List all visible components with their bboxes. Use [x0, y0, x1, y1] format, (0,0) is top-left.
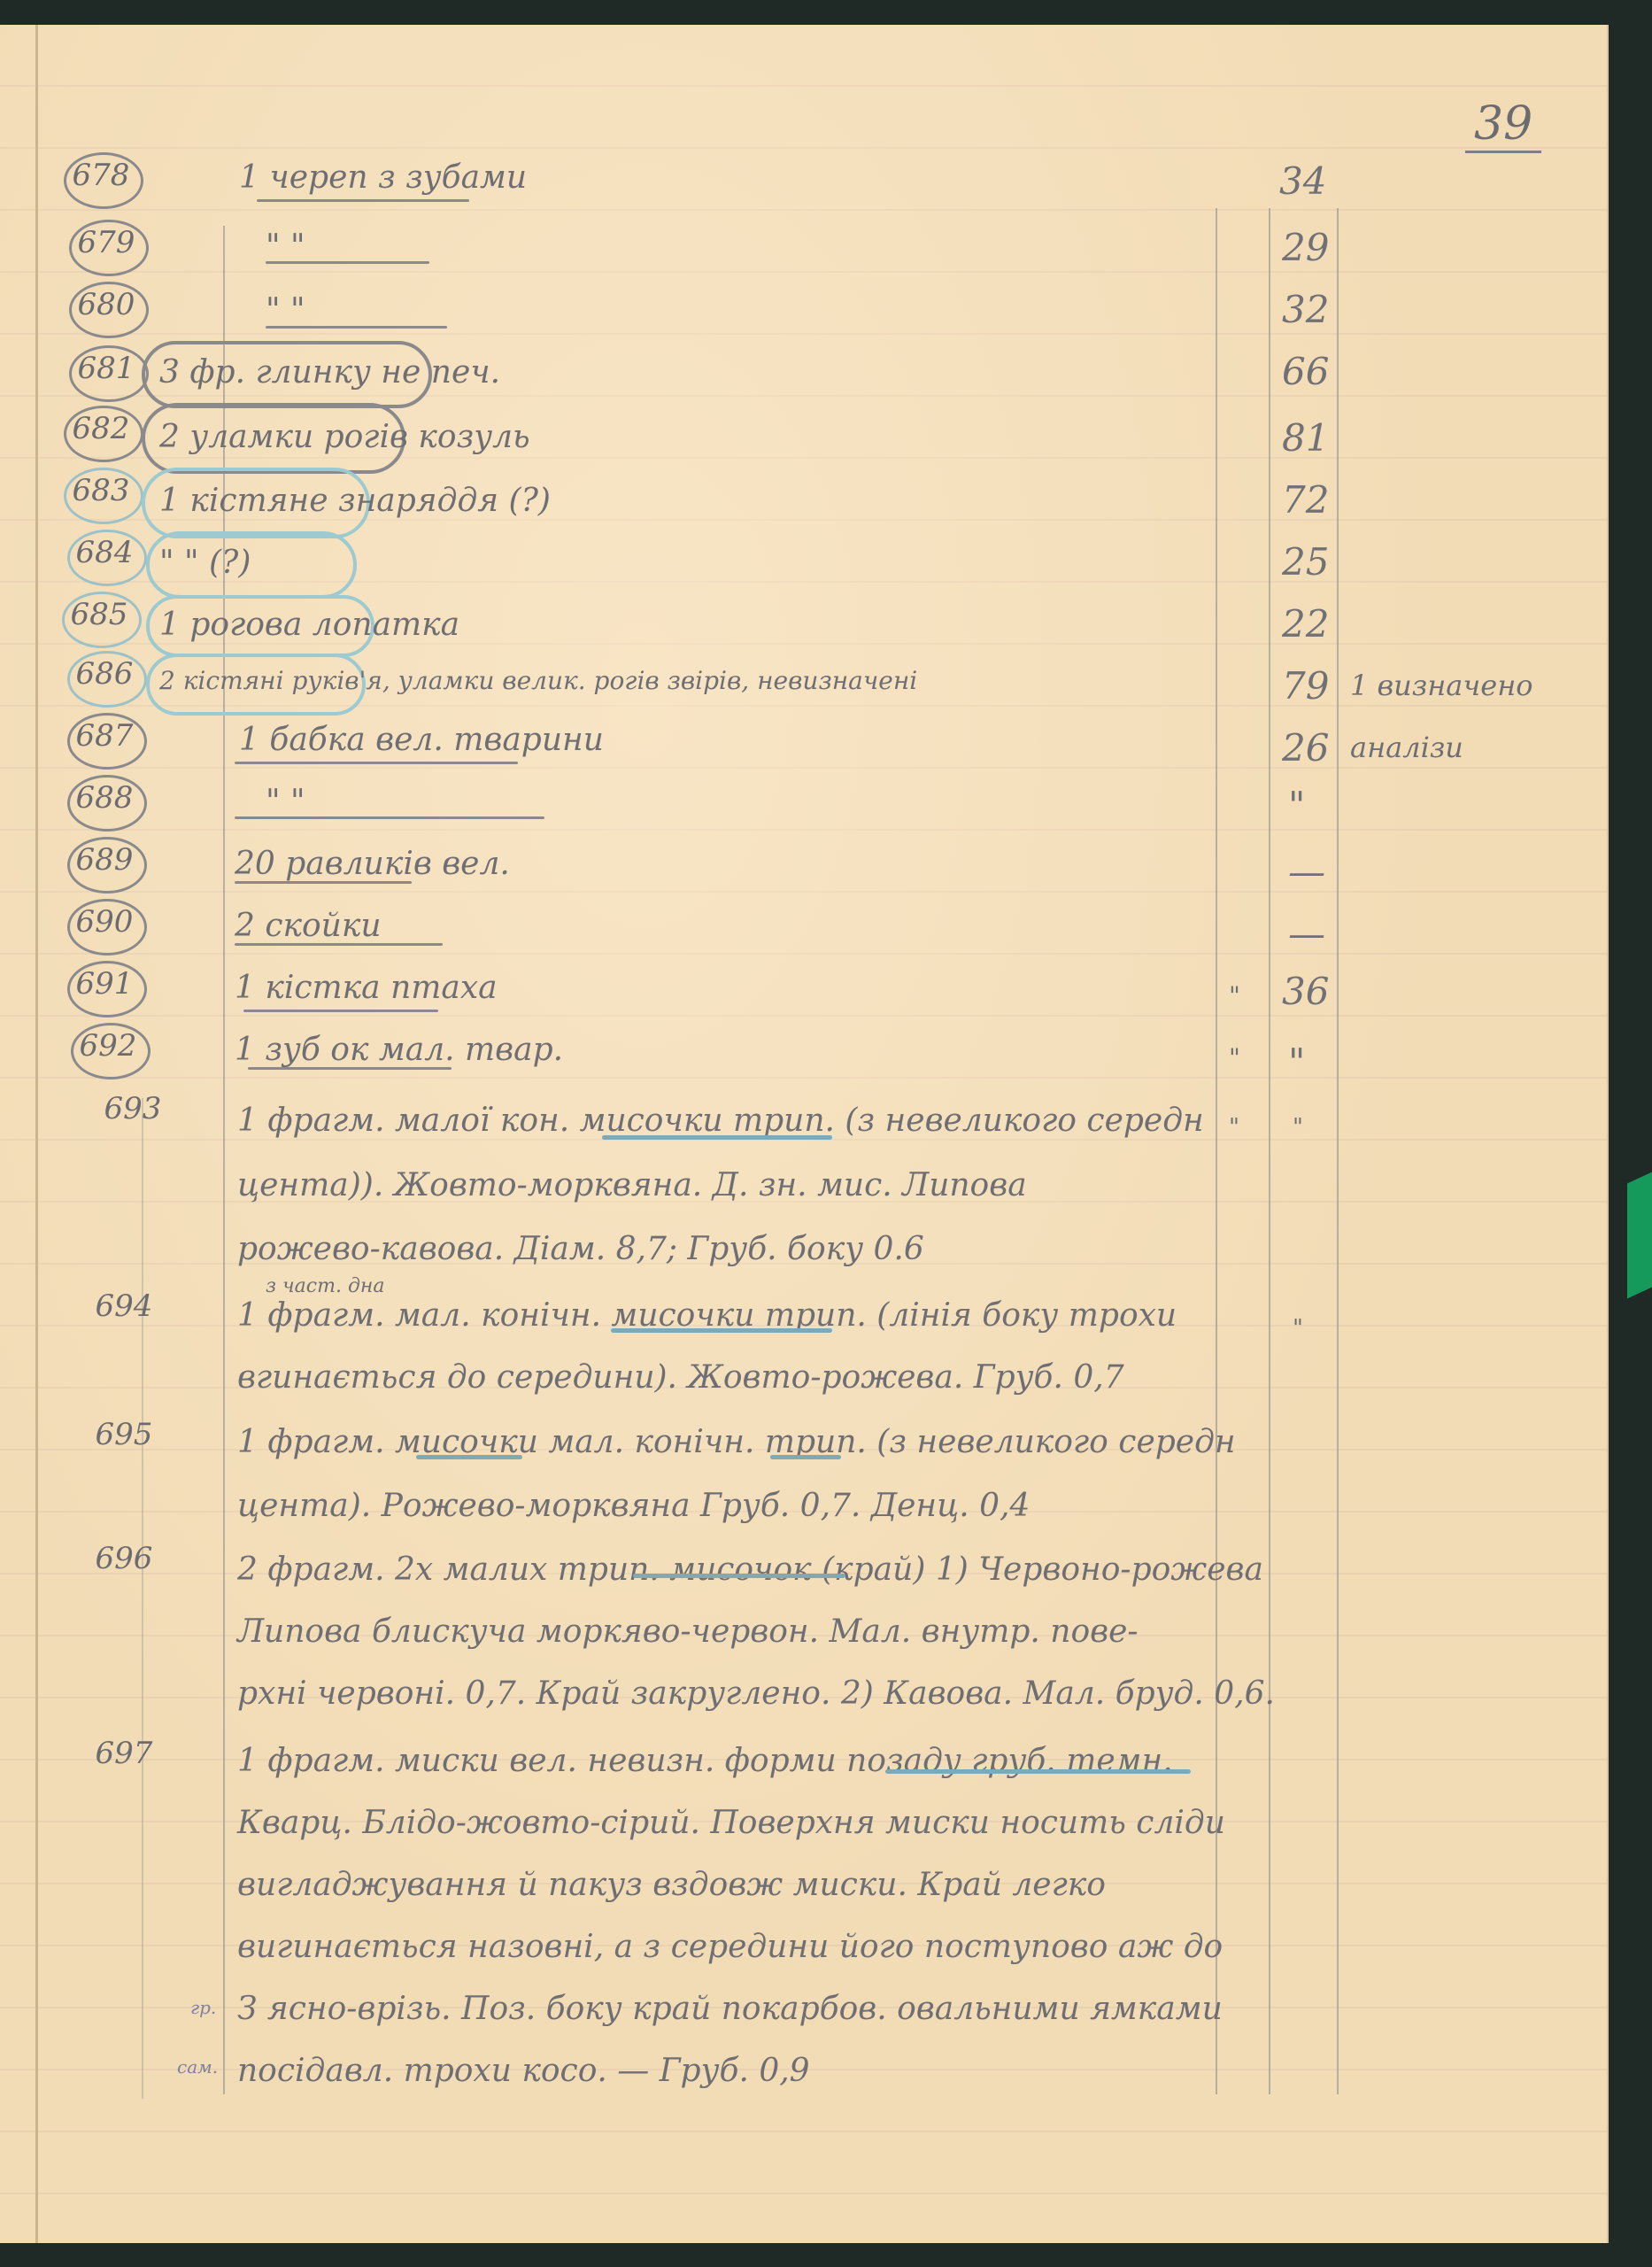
entry-value: 25 [1282, 540, 1329, 584]
entry-value: 34 [1279, 159, 1326, 203]
entry-text-line: вгинається до середини). Жовто-рожева. Г… [237, 1359, 1124, 1396]
entry-number: 694 [89, 1288, 159, 1324]
entry-number: 696 [89, 1541, 159, 1576]
entry-number: 680 [71, 287, 142, 322]
margin-note: гр. [190, 1997, 216, 2018]
entry-text-line: рожево-кавова. Діам. 8,7; Груб. боку 0.6 [237, 1231, 924, 1267]
underline [235, 943, 443, 946]
entry-value: 81 [1282, 416, 1329, 460]
entry-text: " " [266, 292, 305, 329]
entry-value: 26 [1282, 726, 1329, 770]
entry-text: " " [266, 784, 305, 820]
column-rule-value [1269, 208, 1270, 2094]
entry-value: 66 [1282, 350, 1329, 393]
entry-number: 681 [71, 351, 142, 386]
entry-number: 678 [66, 158, 136, 193]
entry-text: 1 рогова лопатка [159, 607, 459, 643]
entry-text: 2 скойки [235, 908, 382, 944]
entry-number: 684 [69, 535, 140, 570]
ditto-mark: " [1229, 1114, 1239, 1141]
entry-text: 1 кістка птаха [235, 970, 498, 1006]
underline [266, 326, 447, 329]
entry-text-line: цента)). Жовто-морквяна. Д. зн. мис. Лип… [237, 1167, 1027, 1203]
blue-underline [416, 1455, 522, 1459]
entry-number: 686 [69, 656, 140, 692]
entry-value: — [1288, 850, 1325, 894]
entry-text: 1 зуб ок мал. твар. [235, 1032, 563, 1068]
entry-text-line: 2 фрагм. 2х малих трип. мисочок (край) 1… [237, 1551, 1263, 1588]
entry-text-line: 1 фрагм. малої кон. мисочки трип. (з нев… [237, 1103, 1204, 1139]
entry-number: 697 [89, 1736, 159, 1771]
entry-value: " [1288, 1041, 1305, 1084]
underline [235, 816, 544, 819]
entry-text-line: Кварц. Блідо-жовто-сірий. Поверхня миски… [237, 1805, 1225, 1841]
entry-number: 685 [64, 597, 135, 632]
underline [248, 1067, 452, 1070]
green-tab-marker [1627, 1172, 1652, 1298]
ditto-mark: " [1229, 981, 1240, 1010]
entry-text-line: Липова блискуча моркяво-червон. Мал. вну… [237, 1613, 1139, 1650]
entry-value: 72 [1282, 478, 1329, 522]
entry-number: 693 [97, 1091, 168, 1126]
underline [257, 199, 469, 202]
entry-text: 1 бабка вел. тварини [239, 722, 604, 758]
entry-number: 690 [69, 904, 140, 940]
margin-note: сам. [177, 2056, 218, 2077]
entry-number: 689 [69, 842, 140, 878]
entry-number: 695 [89, 1417, 159, 1452]
page-fold [35, 25, 38, 2243]
entry-text: 3 фр. глинку не печ. [159, 354, 500, 391]
entry-text: 20 равликів вел. [235, 846, 510, 882]
blue-underline [611, 1328, 832, 1333]
entry-number: 688 [69, 780, 140, 816]
column-rule-margin [142, 1098, 143, 2099]
entry-text: 2 кістяні руків'я, уламки велик. рогів з… [159, 666, 917, 695]
entry-number: 687 [69, 718, 140, 754]
entry-number: 692 [73, 1028, 143, 1064]
entry-superscript: з част. дна [266, 1275, 385, 1297]
column-rule-value-right [1337, 208, 1339, 2094]
entry-note: 1 визначено [1350, 669, 1533, 702]
ditto-mark: " [1293, 1315, 1303, 1342]
underline [266, 261, 429, 264]
ditto-mark: " [1293, 1114, 1303, 1141]
entry-number: 682 [66, 411, 136, 446]
entry-value: 36 [1282, 970, 1329, 1013]
entry-number: 691 [69, 966, 140, 1002]
underline [235, 762, 518, 764]
entry-text-line: вигладжування й пакуз вздовж миски. Край… [237, 1867, 1106, 1903]
entry-text: 1 кістяне знаряддя (?) [159, 483, 551, 519]
entry-value: — [1288, 912, 1325, 956]
entry-value: 22 [1282, 602, 1329, 646]
blue-underline [885, 1769, 1191, 1774]
entry-text: 2 уламки рогів козуль [159, 419, 530, 455]
entry-number: 683 [66, 473, 136, 508]
entry-text-line: рхні червоні. 0,7. Край закруглено. 2) К… [237, 1675, 1275, 1712]
entry-value: 29 [1282, 226, 1329, 269]
entry-note: аналізи [1350, 731, 1463, 764]
entry-text-line: 1 фрагм. мисочки мал. конічн. трип. (з н… [237, 1424, 1236, 1460]
ditto-mark: " [1229, 1043, 1240, 1072]
underline [235, 881, 412, 884]
underline [243, 1010, 438, 1012]
entry-text: " " [266, 228, 305, 265]
entry-value: 32 [1282, 288, 1329, 331]
page-number: 39 [1465, 97, 1541, 153]
blue-underline [602, 1135, 832, 1140]
entry-text-line: вигинається назовні, а з середини його п… [237, 1929, 1223, 1965]
entry-text-line: цента). Рожево-морквяна Груб. 0,7. Денц.… [237, 1488, 1030, 1524]
blue-underline [633, 1574, 845, 1578]
entry-number: 679 [71, 225, 142, 260]
blue-underline [770, 1455, 841, 1459]
entry-text-line: посідавл. трохи косо. — Груб. 0,9 [237, 2053, 810, 2089]
entry-value: 79 [1282, 664, 1329, 708]
entry-text-line: З ясно-врізь. Поз. боку край покарбов. о… [237, 1991, 1223, 2027]
entry-text: 1 череп з зубами [239, 159, 527, 196]
entry-value: " [1288, 784, 1305, 827]
entry-text: " " (?) [159, 545, 251, 581]
